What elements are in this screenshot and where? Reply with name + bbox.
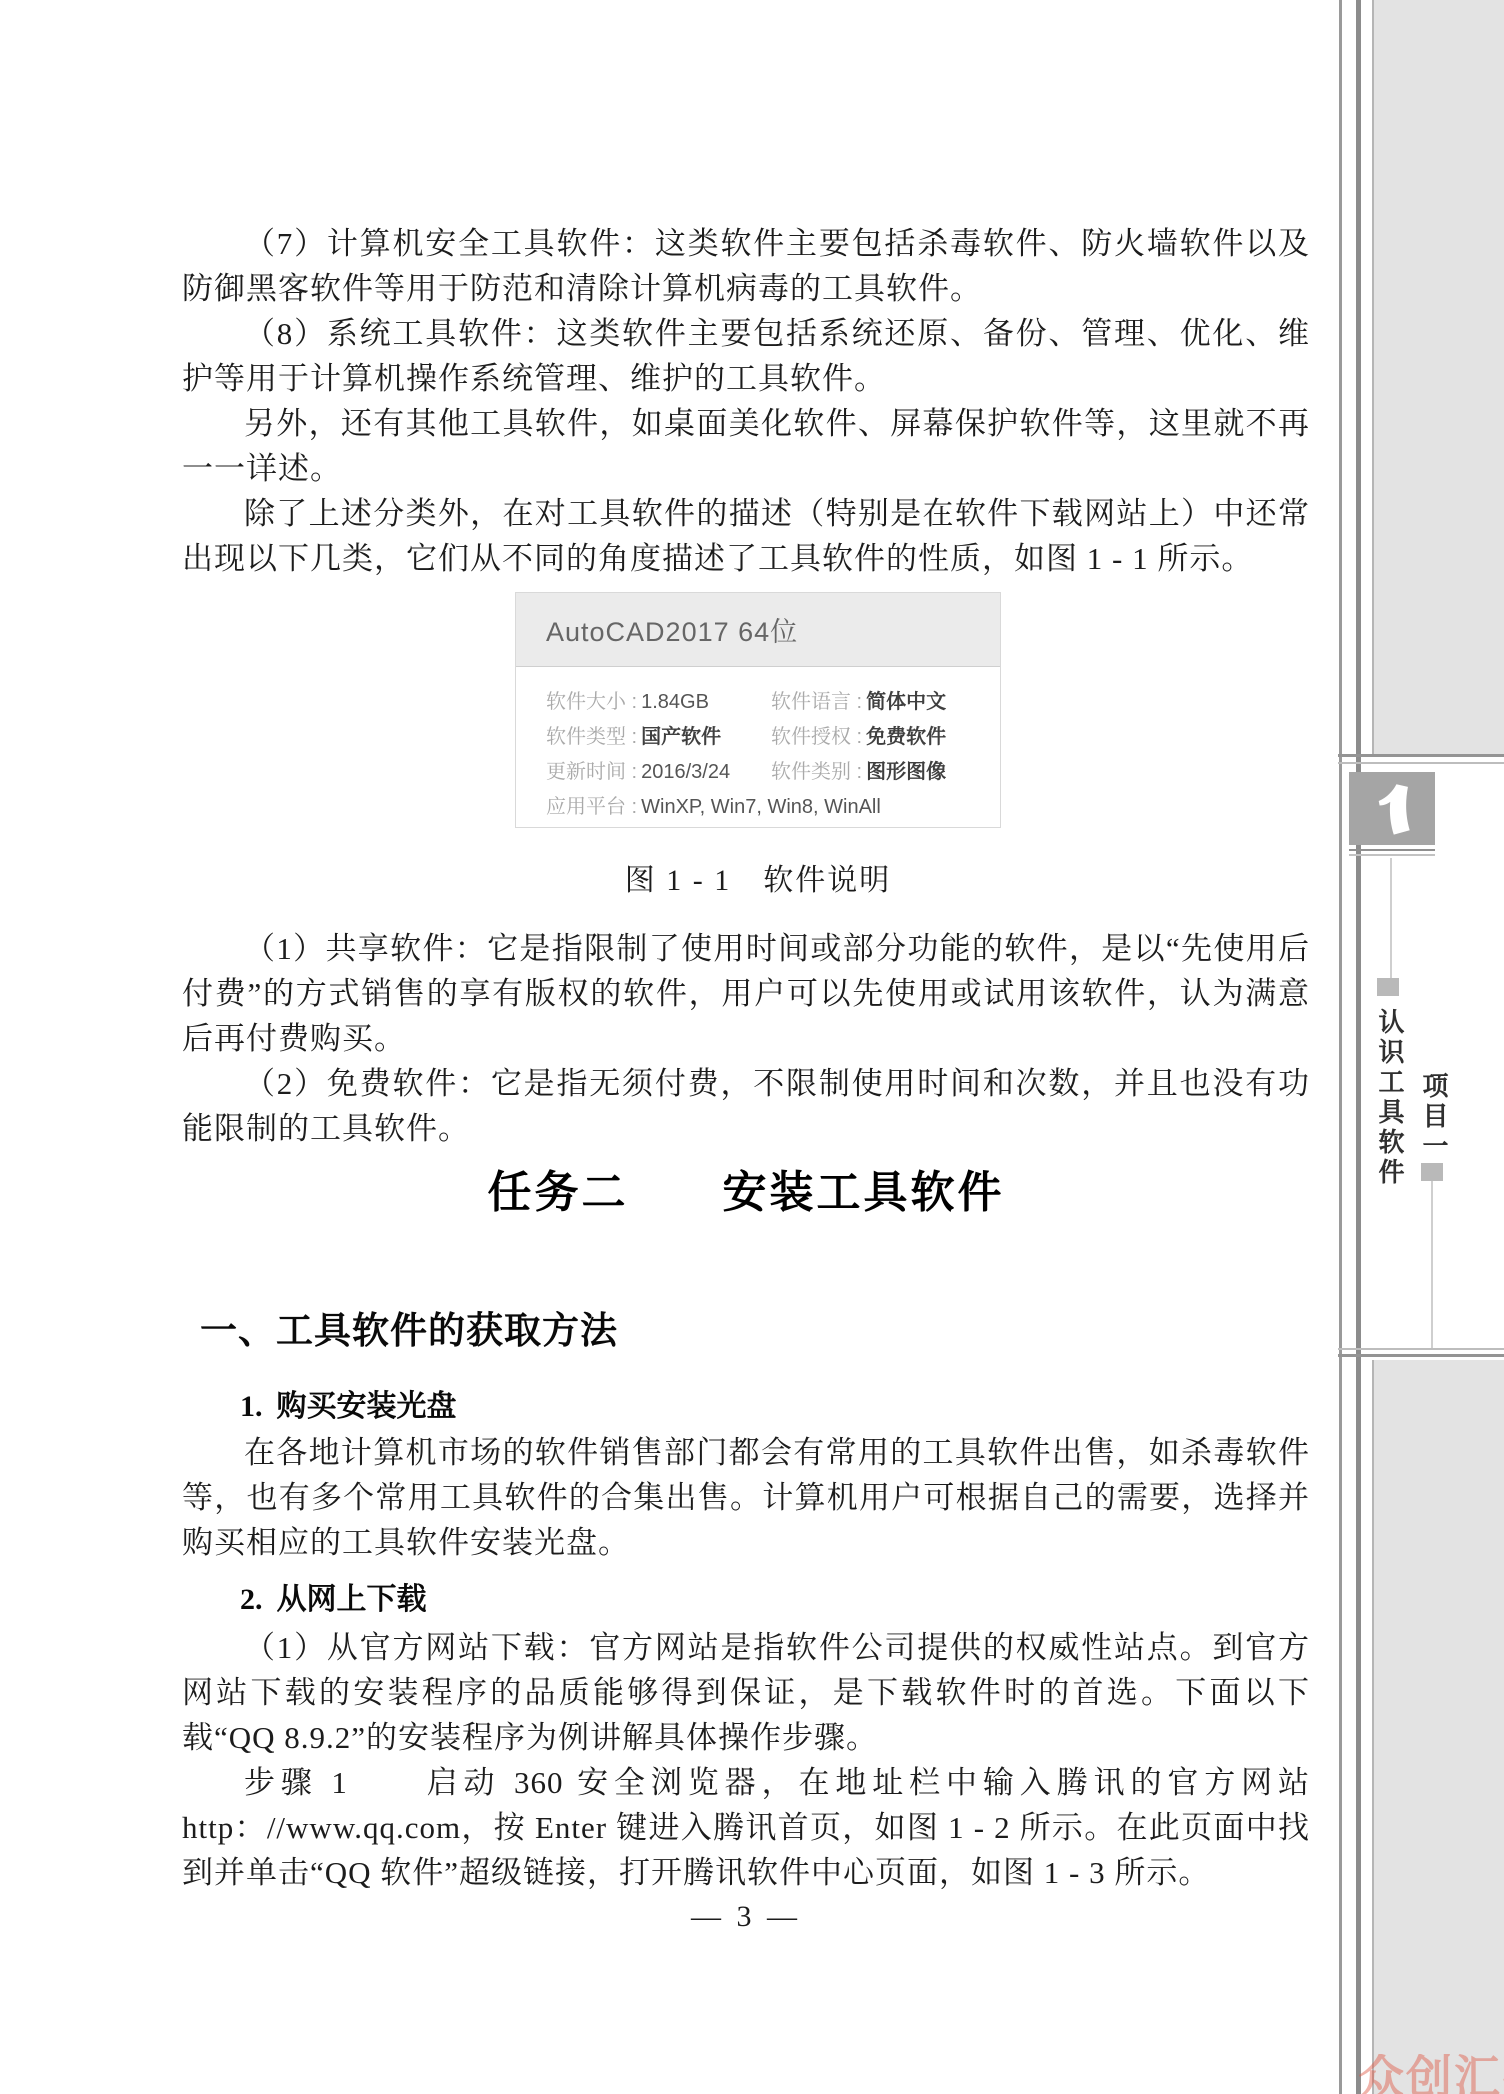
- info-label: 应用平台 :: [546, 790, 637, 825]
- connector-line: [1431, 1181, 1433, 1348]
- sidebar-rule-thick: [1356, 0, 1361, 2094]
- paragraph: （1）从官方网站下载：官方网站是指软件公司提供的权威性站点。到官方网站下载的安装…: [182, 1625, 1310, 1760]
- paragraph: 步骤 1 启动 360 安全浏览器，在地址栏中输入腾讯的官方网站 http：//…: [182, 1760, 1310, 1895]
- info-label: 更新时间 :: [546, 755, 637, 790]
- sidebar-divider: [1338, 1348, 1504, 1350]
- info-value: 免费软件: [866, 720, 946, 755]
- watermark: 众创汇嘉: [1358, 2054, 1504, 2094]
- info-label: 软件授权 :: [771, 720, 862, 755]
- paragraph: 另外，还有其他工具软件，如桌面美化软件、屏幕保护软件等，这里就不再一一详述。: [182, 401, 1310, 491]
- info-value: 简体中文: [866, 685, 946, 720]
- section-heading: 一、工具软件的获取方法: [200, 1300, 618, 1354]
- info-value: WinXP, Win7, Win8, WinAll: [641, 790, 881, 825]
- info-row: 软件类型 : 国产软件 软件授权 : 免费软件: [546, 720, 1000, 755]
- paragraph: 在各地计算机市场的软件销售部门都会有常用的工具软件出售，如杀毒软件等，也有多个常…: [182, 1430, 1310, 1565]
- info-row: 应用平台 : WinXP, Win7, Win8, WinAll: [546, 790, 1000, 825]
- sub-heading-title: 从网上下载: [277, 1583, 427, 1616]
- sidebar-divider: [1338, 1354, 1504, 1357]
- sub-heading-1: 1.购买安装光盘: [240, 1381, 457, 1425]
- sidebar-rule-thin: [1339, 0, 1342, 2094]
- sidebar-panel-bottom: [1372, 1360, 1504, 2094]
- icon-underline: [1349, 854, 1435, 856]
- sub-heading-2: 2.从网上下载: [240, 1574, 427, 1618]
- brush-numeral-1-icon: [1361, 778, 1423, 840]
- mid-paragraphs: （1）共享软件：它是指限制了使用时间或部分功能的软件，是以“先使用后付费”的方式…: [182, 926, 1310, 1151]
- info-value: 2016/3/24: [641, 755, 730, 790]
- software-info-card: AutoCAD2017 64位 软件大小 : 1.84GB 软件语言 : 简体中…: [515, 592, 1001, 828]
- sub-heading-title: 购买安装光盘: [277, 1390, 457, 1423]
- task-heading: 任务二 安装工具软件: [182, 1156, 1310, 1220]
- info-label: 软件语言 :: [771, 685, 862, 720]
- software-card-header: AutoCAD2017 64位: [516, 593, 1000, 667]
- paragraph: 除了上述分类外，在对工具软件的描述（特别是在软件下载网站上）中还常出现以下几类，…: [182, 491, 1310, 581]
- project-label-vertical: 项目一: [1416, 1072, 1453, 1162]
- marker-square: [1377, 978, 1399, 996]
- info-value: 1.84GB: [641, 685, 709, 720]
- figure-caption: 图 1 - 1 软件说明: [515, 855, 1001, 899]
- icon-underline: [1349, 849, 1435, 851]
- info-value: 国产软件: [641, 720, 721, 755]
- paragraph: （8）系统工具软件：这类软件主要包括系统还原、备份、管理、优化、维护等用于计算机…: [182, 311, 1310, 401]
- chapter-title-vertical: 认识工具软件: [1372, 1008, 1409, 1188]
- connector-line: [1390, 858, 1392, 978]
- info-value: 图形图像: [866, 755, 946, 790]
- info-label: 软件类别 :: [771, 755, 862, 790]
- page-number: — 3 —: [182, 1900, 1310, 1934]
- buy-paragraph-block: 在各地计算机市场的软件销售部门都会有常用的工具软件出售，如杀毒软件等，也有多个常…: [182, 1430, 1310, 1565]
- sidebar-divider: [1338, 754, 1504, 757]
- marker-square: [1421, 1163, 1443, 1181]
- book-page: （7）计算机安全工具软件：这类软件主要包括杀毒软件、防火墙软件以及防御黑客软件等…: [0, 0, 1504, 2094]
- info-label: 软件类型 :: [546, 720, 637, 755]
- sub-heading-number: 2.: [240, 1583, 263, 1616]
- sidebar-divider: [1338, 762, 1504, 764]
- info-label: 软件大小 :: [546, 685, 637, 720]
- top-paragraphs: （7）计算机安全工具软件：这类软件主要包括杀毒软件、防火墙软件以及防御黑客软件等…: [182, 221, 1310, 581]
- paragraph: （7）计算机安全工具软件：这类软件主要包括杀毒软件、防火墙软件以及防御黑客软件等…: [182, 221, 1310, 311]
- info-row: 更新时间 : 2016/3/24 软件类别 : 图形图像: [546, 755, 1000, 790]
- paragraph: （1）共享软件：它是指限制了使用时间或部分功能的软件，是以“先使用后付费”的方式…: [182, 926, 1310, 1061]
- sub-heading-number: 1.: [240, 1390, 263, 1423]
- sidebar-panel-top: [1372, 0, 1504, 754]
- paragraph: （2）免费软件：它是指无须付费，不限制使用时间和次数，并且也没有功能限制的工具软…: [182, 1061, 1310, 1151]
- software-card-body: 软件大小 : 1.84GB 软件语言 : 简体中文 软件类型 : 国产软件 软件…: [516, 667, 1000, 825]
- chapter-number-icon: [1349, 772, 1435, 845]
- info-row: 软件大小 : 1.84GB 软件语言 : 简体中文: [546, 685, 1000, 720]
- software-title: AutoCAD2017 64位: [546, 610, 798, 649]
- download-paragraph-block: （1）从官方网站下载：官方网站是指软件公司提供的权威性站点。到官方网站下载的安装…: [182, 1625, 1310, 1895]
